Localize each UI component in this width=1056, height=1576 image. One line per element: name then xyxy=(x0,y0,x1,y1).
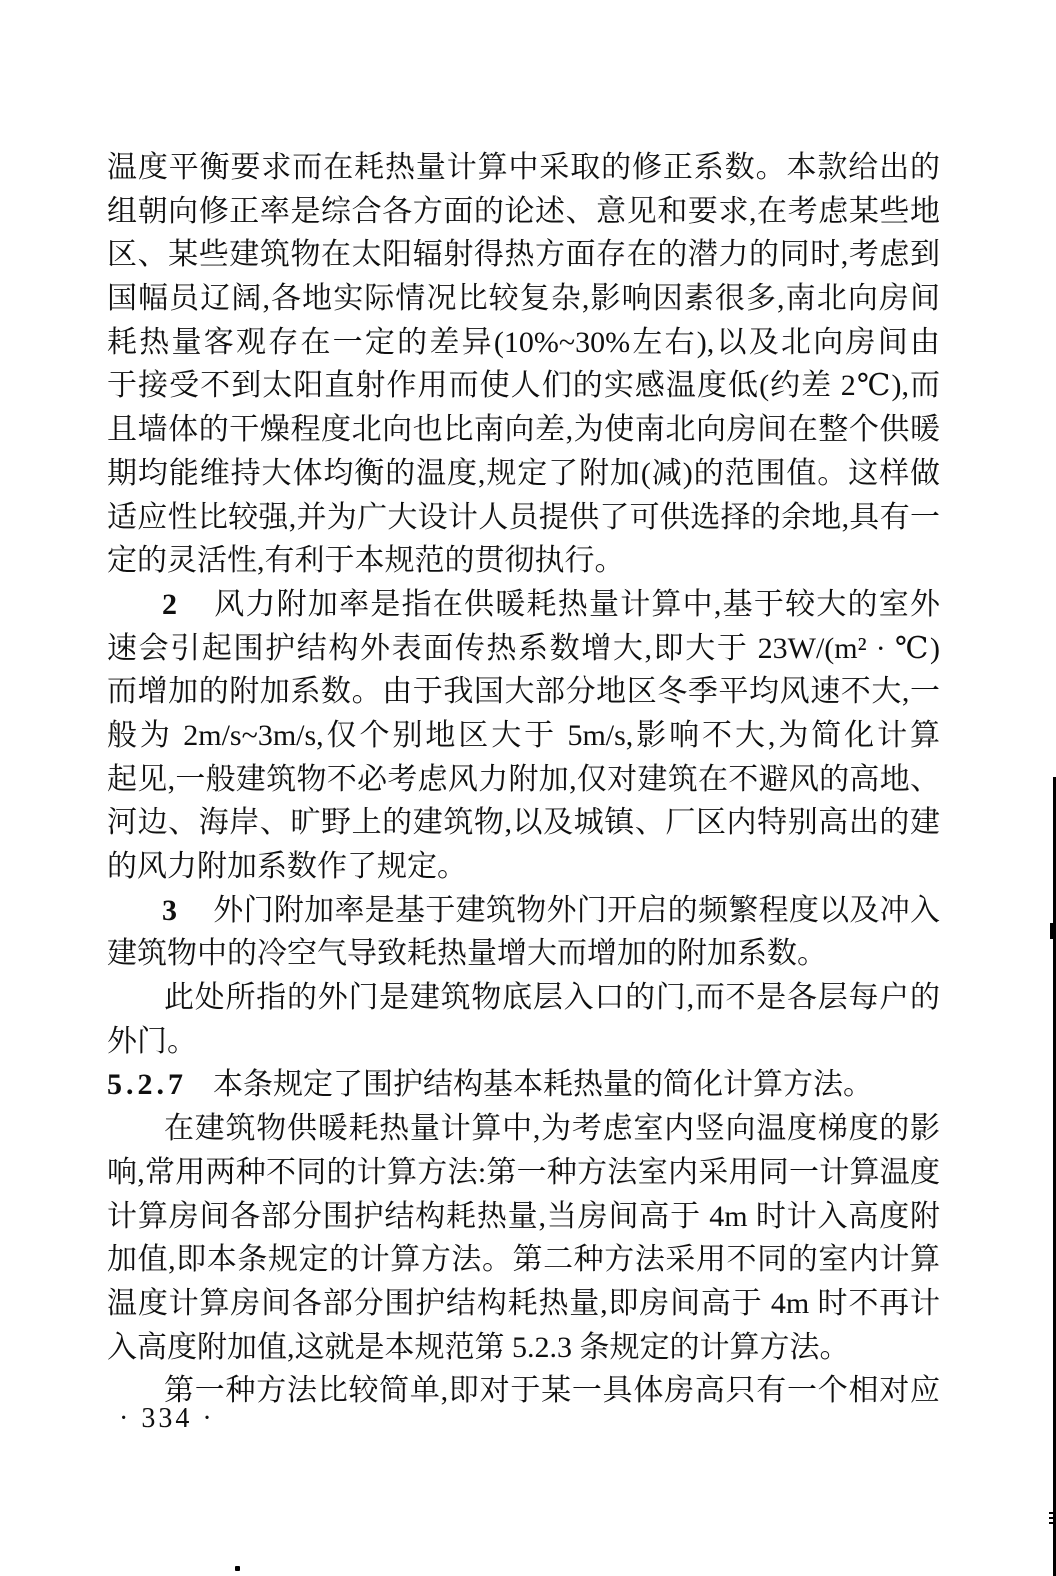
line-text: 国幅员辽阔,各地实际情况比较复杂,影响因素很多,南北向房间 xyxy=(107,282,940,315)
text-line: 温度平衡要求而在耗热量计算中采取的修正系数。本款给出的一 xyxy=(107,146,940,190)
page-number: · 334 · xyxy=(119,1403,215,1435)
text-line: 定的灵活性,有利于本规范的贯彻执行。 xyxy=(107,539,940,583)
item-number: 3 xyxy=(162,894,177,927)
line-text: 本条规定了围护结构基本耗热量的简化计算方法。 xyxy=(213,1068,873,1101)
line-text: 外门。 xyxy=(107,1025,197,1058)
line-text: 温度计算房间各部分围护结构耗热量,即房间高于 4m 时不再计 xyxy=(107,1287,940,1320)
text-line: 速会引起围护结构外表面传热系数增大,即大于 23W/(m² · ℃) xyxy=(107,627,940,671)
line-text: 的风力附加系数作了规定。 xyxy=(107,850,467,883)
body-text: 温度平衡要求而在耗热量计算中采取的修正系数。本款给出的一组朝向修正率是综合各方面… xyxy=(107,146,940,1413)
line-text: 耗热量客观存在一定的差异(10%~30%左右),以及北向房间由 xyxy=(107,326,940,359)
text-line: 起见,一般建筑物不必考虑风力附加,仅对建筑在不避风的高地、 xyxy=(107,758,940,802)
text-line: 第一种方法比较简单,即对于某一具体房高只有一个相对应 xyxy=(107,1369,940,1413)
line-text: 般为 2m/s~3m/s,仅个别地区大于 5m/s,影响不大,为简化计算 xyxy=(107,719,940,752)
scan-artifact-tick xyxy=(1049,1512,1056,1514)
text-line: 期均能维持大体均衡的温度,规定了附加(减)的范围值。这样做 xyxy=(107,452,940,496)
text-line: 适应性比较强,并为广大设计人员提供了可供选择的余地,具有一 xyxy=(107,496,940,540)
text-line: 3外门附加率是基于建筑物外门开启的频繁程度以及冲入 xyxy=(107,889,940,933)
text-line: 响,常用两种不同的计算方法:第一种方法室内采用同一计算温度 xyxy=(107,1151,940,1195)
line-text: 于接受不到太阳直射作用而使人们的实感温度低(约差 2℃),而 xyxy=(107,369,940,402)
line-text: 速会引起围护结构外表面传热系数增大,即大于 23W/(m² · ℃) xyxy=(107,632,940,665)
line-text: 风力附加率是指在供暖耗热量计算中,基于较大的室外风 xyxy=(107,588,940,627)
line-text: 入高度附加值,这就是本规范第 5.2.3 条规定的计算方法。 xyxy=(107,1331,850,1364)
line-text: 起见,一般建筑物不必考虑风力附加,仅对建筑在不避风的高地、 xyxy=(107,763,940,796)
line-text: 在建筑物供暖耗热量计算中,为考虑室内竖向温度梯度的影 xyxy=(164,1112,940,1145)
line-text: 响,常用两种不同的计算方法:第一种方法室内采用同一计算温度 xyxy=(107,1156,940,1189)
line-text: 建筑物中的冷空气导致耗热量增大而增加的附加系数。 xyxy=(107,937,827,970)
text-line: 5.2.7本条规定了围护结构基本耗热量的简化计算方法。 xyxy=(107,1063,940,1107)
text-line: 加值,即本条规定的计算方法。第二种方法采用不同的室内计算 xyxy=(107,1238,940,1282)
text-line: 区、某些建筑物在太阳辐射得热方面存在的潜力的同时,考虑到我 xyxy=(107,233,940,277)
text-line: 在建筑物供暖耗热量计算中,为考虑室内竖向温度梯度的影 xyxy=(107,1107,940,1151)
text-line: 国幅员辽阔,各地实际情况比较复杂,影响因素很多,南北向房间 xyxy=(107,277,940,321)
text-line: 外门。 xyxy=(107,1020,940,1064)
scan-artifact-dot xyxy=(235,1566,240,1571)
line-text: 外门附加率是基于建筑物外门开启的频繁程度以及冲入 xyxy=(213,894,940,927)
line-text: 期均能维持大体均衡的温度,规定了附加(减)的范围值。这样做 xyxy=(107,457,940,490)
text-line: 计算房间各部分围护结构耗热量,当房间高于 4m 时计入高度附 xyxy=(107,1195,940,1239)
text-line: 2风力附加率是指在供暖耗热量计算中,基于较大的室外风 xyxy=(107,583,940,627)
text-line: 耗热量客观存在一定的差异(10%~30%左右),以及北向房间由 xyxy=(107,321,940,365)
text-line: 且墙体的干燥程度北向也比南向差,为使南北向房间在整个供暖 xyxy=(107,408,940,452)
scan-artifact-edge-blob xyxy=(1050,923,1056,939)
text-line: 般为 2m/s~3m/s,仅个别地区大于 5m/s,影响不大,为简化计算 xyxy=(107,714,940,758)
text-line: 而增加的附加系数。由于我国大部分地区冬季平均风速不大,一 xyxy=(107,670,940,714)
line-text: 加值,即本条规定的计算方法。第二种方法采用不同的室内计算 xyxy=(107,1243,940,1276)
line-text: 组朝向修正率是综合各方面的论述、意见和要求,在考虑某些地 xyxy=(107,195,940,228)
text-line: 组朝向修正率是综合各方面的论述、意见和要求,在考虑某些地 xyxy=(107,190,940,234)
text-line: 温度计算房间各部分围护结构耗热量,即房间高于 4m 时不再计 xyxy=(107,1282,940,1326)
item-number: 2 xyxy=(162,588,177,621)
line-text: 且墙体的干燥程度北向也比南向差,为使南北向房间在整个供暖 xyxy=(107,413,940,446)
text-line: 入高度附加值,这就是本规范第 5.2.3 条规定的计算方法。 xyxy=(107,1326,940,1370)
text-line: 于接受不到太阳直射作用而使人们的实感温度低(约差 2℃),而 xyxy=(107,364,940,408)
line-text: 而增加的附加系数。由于我国大部分地区冬季平均风速不大,一 xyxy=(107,675,940,708)
document-page: 温度平衡要求而在耗热量计算中采取的修正系数。本款给出的一组朝向修正率是综合各方面… xyxy=(0,0,1056,1576)
line-text: 第一种方法比较简单,即对于某一具体房高只有一个相对应 xyxy=(164,1374,940,1407)
line-text: 温度平衡要求而在耗热量计算中采取的修正系数。本款给出的一 xyxy=(107,151,940,190)
text-line: 的风力附加系数作了规定。 xyxy=(107,845,940,889)
scan-artifact-tick xyxy=(1049,1522,1056,1524)
text-line: 河边、海岸、旷野上的建筑物,以及城镇、厂区内特别高出的建筑物 xyxy=(107,801,940,845)
scan-artifact-tick xyxy=(1049,1517,1056,1519)
line-text: 计算房间各部分围护结构耗热量,当房间高于 4m 时计入高度附 xyxy=(107,1200,940,1233)
line-text: 此处所指的外门是建筑物底层入口的门,而不是各层每户的 xyxy=(164,981,940,1014)
line-text: 河边、海岸、旷野上的建筑物,以及城镇、厂区内特别高出的建筑物 xyxy=(107,806,940,845)
text-line: 建筑物中的冷空气导致耗热量增大而增加的附加系数。 xyxy=(107,932,940,976)
line-text: 适应性比较强,并为广大设计人员提供了可供选择的余地,具有一 xyxy=(107,501,940,534)
line-text: 区、某些建筑物在太阳辐射得热方面存在的潜力的同时,考虑到我 xyxy=(107,238,940,277)
line-text: 定的灵活性,有利于本规范的贯彻执行。 xyxy=(107,544,625,577)
text-line: 此处所指的外门是建筑物底层入口的门,而不是各层每户的 xyxy=(107,976,940,1020)
section-number: 5.2.7 xyxy=(107,1068,187,1101)
